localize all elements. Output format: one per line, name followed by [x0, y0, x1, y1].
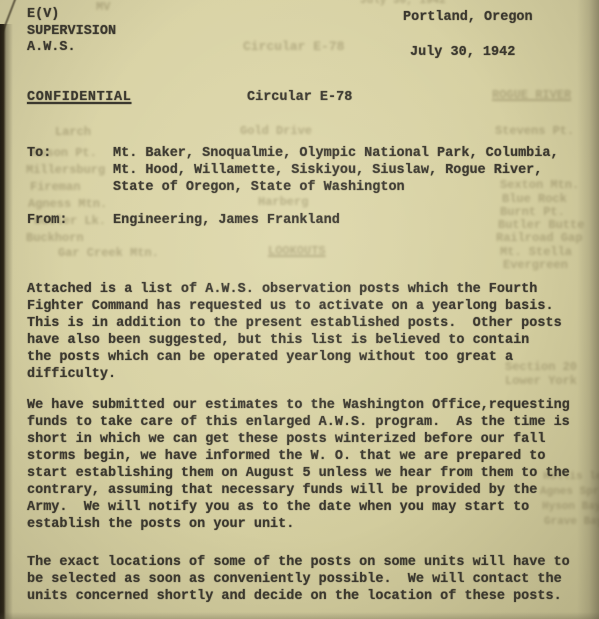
- ghost-text: Harberg: [258, 195, 308, 209]
- ghost-text: Circular E-78: [243, 40, 344, 54]
- ghost-text: Burnt Pt.: [500, 205, 565, 219]
- paragraph-1-line: Attached is a list of A.W.S. observation…: [27, 281, 562, 298]
- letterhead-line-1: E(V): [27, 7, 116, 24]
- paragraph-1-line: have also been suggested, but this list …: [27, 332, 562, 349]
- paragraph-2-line: funds to take care of this enlarged A.W.…: [27, 414, 570, 431]
- paragraph-1-line: difficulty.: [27, 366, 562, 383]
- letterhead-block: E(V) SUPERVISION A.W.S.: [27, 7, 116, 57]
- city-line: Portland, Oregon: [403, 9, 533, 26]
- paragraph-1-line: the posts which can be operated yearlong…: [27, 349, 562, 366]
- to-label: To:: [27, 145, 51, 162]
- paragraph-2-line: start establishing them on August 5 unle…: [27, 465, 570, 482]
- scan-shadow-bottom: [0, 612, 599, 619]
- ghost-text: Mt. Stella: [500, 245, 572, 259]
- scan-shadow-right: [577, 0, 599, 619]
- to-recipients-line-2: Mt. Hood, Willamette, Siskiyou, Siuslaw,…: [113, 162, 559, 179]
- paragraph-2-line: establish the posts on your unit.: [27, 516, 570, 533]
- to-recipients-line-3: State of Oregon, State of Washington: [113, 179, 559, 196]
- to-recipients: Mt. Baker, Snoqualmie, Olympic National …: [113, 145, 559, 196]
- ghost-text: Buckhorn: [26, 231, 84, 245]
- paragraph-3-line: The exact locations of some of the posts…: [27, 554, 570, 571]
- paragraph-3: The exact locations of some of the posts…: [27, 554, 570, 605]
- paragraph-1: Attached is a list of A.W.S. observation…: [27, 281, 562, 383]
- paragraph-3-line: units concerned shortly and decide on th…: [27, 588, 570, 605]
- classification-label: CONFIDENTIAL: [27, 89, 131, 106]
- ghost-text: Stevens Pt.: [495, 124, 574, 138]
- ghost-text: Railroad Gap: [496, 231, 582, 245]
- circular-number: Circular E-78: [247, 89, 352, 106]
- letterhead-line-2: SUPERVISION: [27, 24, 116, 41]
- paragraph-3-line: be selected as soon as conveniently poss…: [27, 571, 570, 588]
- ghost-text: Evergreen: [503, 258, 568, 272]
- paragraph-1-line: This is in addition to the present estab…: [27, 315, 562, 332]
- letterhead-line-3: A.W.S.: [27, 40, 116, 57]
- paragraph-1-line: Fighter Command has requested us to acti…: [27, 298, 562, 315]
- ghost-text: Gold Drive: [240, 124, 312, 138]
- ghost-text: Butler Butte: [498, 218, 584, 232]
- paragraph-2-line: storms begin, we have informed the W. O.…: [27, 448, 570, 465]
- ghost-text: July 30, 1942: [360, 0, 446, 8]
- to-recipients-line-1: Mt. Baker, Snoqualmie, Olympic National …: [113, 145, 559, 162]
- from-label: From:: [27, 212, 68, 229]
- ghost-text: ROGUE RIVER: [492, 88, 571, 102]
- ghost-text: LOOKOUTS: [268, 244, 326, 258]
- ghost-text: Agness Mtn.: [28, 197, 107, 211]
- date-line: July 30, 1942: [410, 44, 515, 61]
- ghost-text: Millersburg: [26, 163, 105, 177]
- ghost-text: Gar Creek Mtn.: [58, 246, 159, 260]
- paragraph-2-line: short in which we can get these posts wi…: [27, 431, 570, 448]
- scan-edge-left: [0, 24, 13, 619]
- memo-page: MVJuly 30, 1942Circular E-78ROGUE RIVERL…: [0, 0, 599, 619]
- ghost-text: Larch: [55, 125, 91, 139]
- paragraph-2-line: We have submitted our estimates to the W…: [27, 397, 570, 414]
- ghost-text: Fireman: [30, 180, 80, 194]
- paragraph-2: We have submitted our estimates to the W…: [27, 397, 570, 533]
- from-value: Engineering, James Frankland: [113, 212, 340, 229]
- paragraph-2-line: contrary, assuming that necessary funds …: [27, 482, 570, 499]
- paragraph-2-line: Army. We will notify you as to the date …: [27, 499, 570, 516]
